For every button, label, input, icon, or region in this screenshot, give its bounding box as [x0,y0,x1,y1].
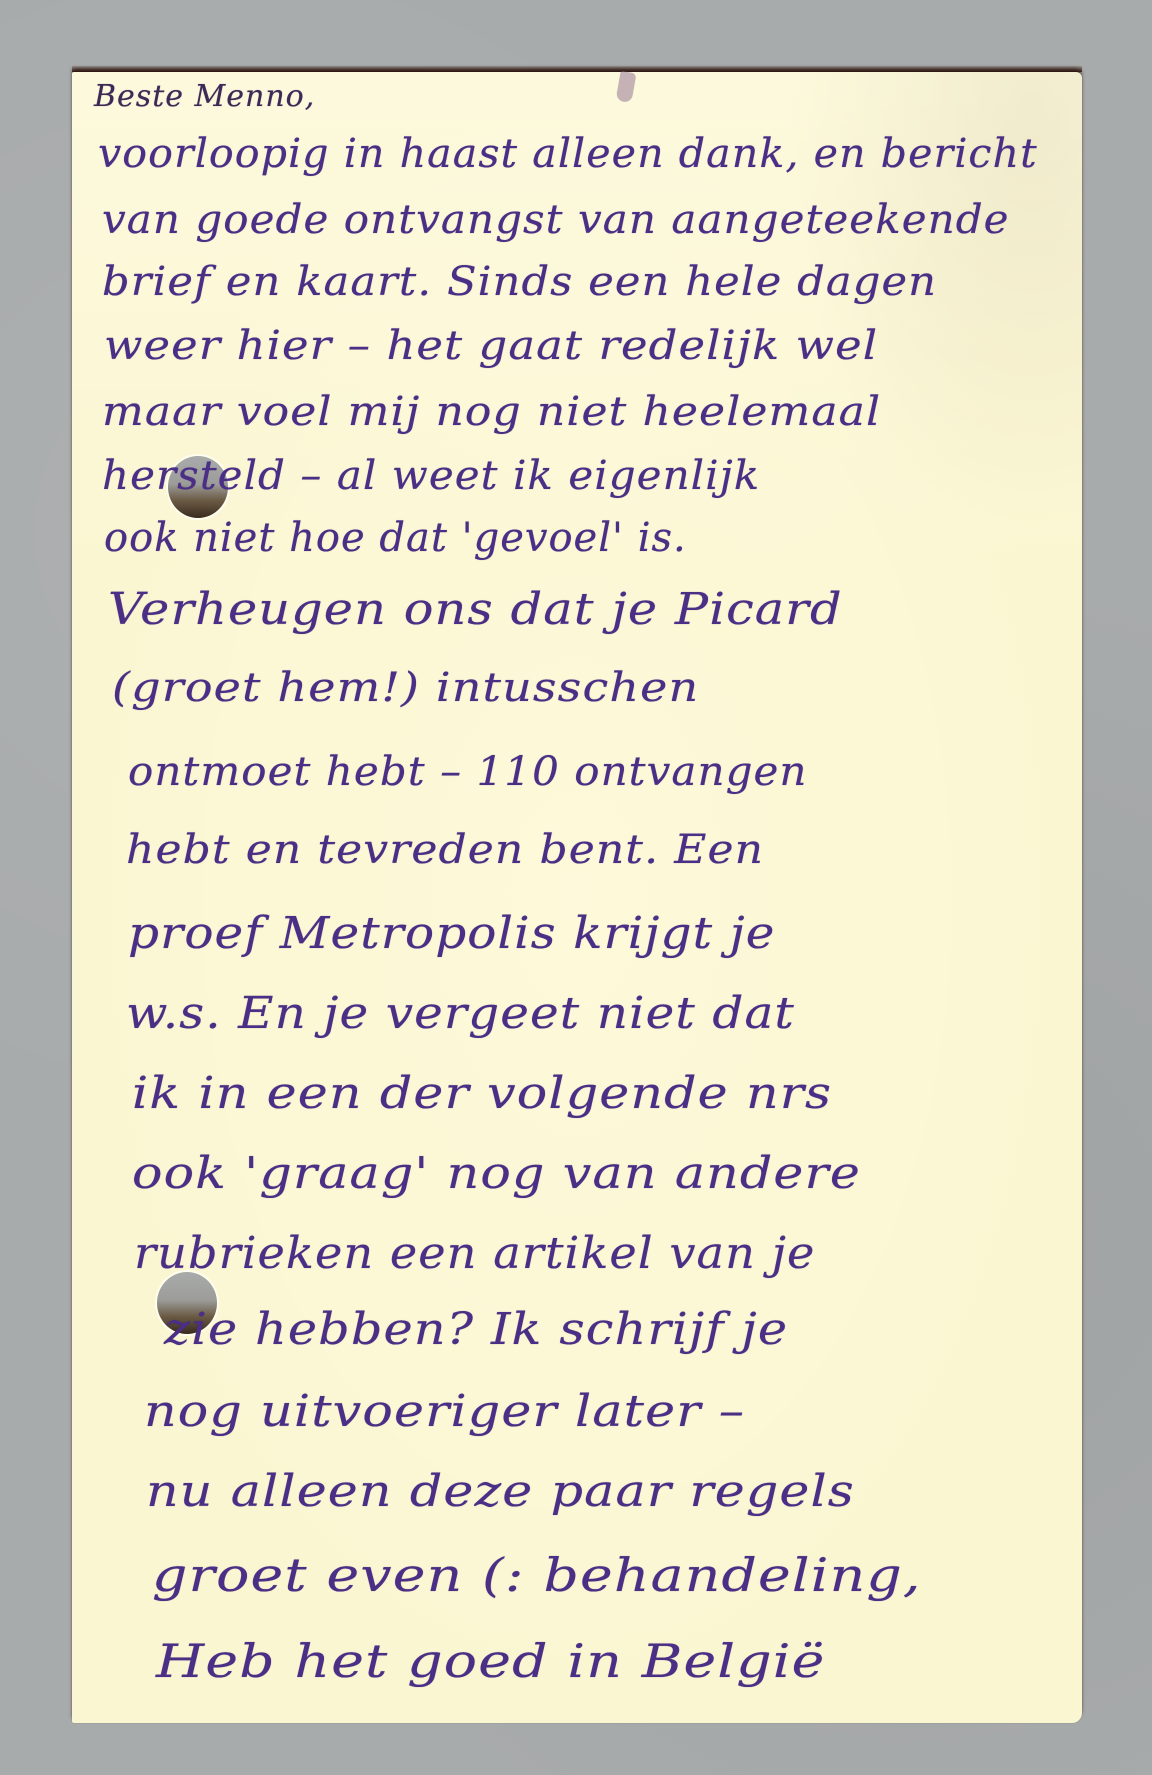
letter-line: groet even (: behandeling, [152,1552,922,1598]
letter-line: weer hier – het gaat redelijk wel [104,326,878,366]
letter-line: nog uitvoeriger later – [144,1390,745,1434]
letter-line: rubrieken een artikel van je [134,1232,815,1276]
letter-line: ook niet hoe dat 'gevoel' is. [104,518,687,558]
salutation: Beste Menno, [94,82,315,112]
letter-line: van goede ontvangst van aangeteekende [102,200,1010,240]
letter-line: ook 'graag' nog van andere [132,1152,861,1196]
postcard: Beste Menno, voorloopig in haast alleen … [72,72,1082,1723]
letter-line: ontmoet hebt – 110 ontvangen [128,752,808,792]
letter-line: zie hebben? Ik schrijf je [164,1308,788,1352]
scanned-postcard: Beste Menno, voorloopig in haast alleen … [0,0,1152,1775]
letter-line: Heb het goed in België [156,1638,825,1684]
letter-line: maar voel mij nog niet heelemaal [102,392,881,432]
letter-line: (groet hem!) intusschen [112,668,699,708]
letter-line: voorloopig in haast alleen dank, en beri… [98,134,1038,174]
letter-line: proef Metropolis krijgt je [128,912,775,956]
letter-line: hersteld – al weet ik eigenlijk [102,456,760,496]
letter-line: Verheugen ons dat je Picard [108,588,843,632]
handwritten-letter: Beste Menno, voorloopig in haast alleen … [72,72,1082,1723]
letter-line: hebt en tevreden bent. Een [126,830,764,870]
letter-line: nu alleen deze paar regels [146,1470,855,1514]
letter-line: w.s. En je vergeet niet dat [126,992,795,1036]
letter-line: ik in een der volgende nrs [132,1072,832,1116]
letter-line: brief en kaart. Sinds een hele dagen [102,262,937,302]
